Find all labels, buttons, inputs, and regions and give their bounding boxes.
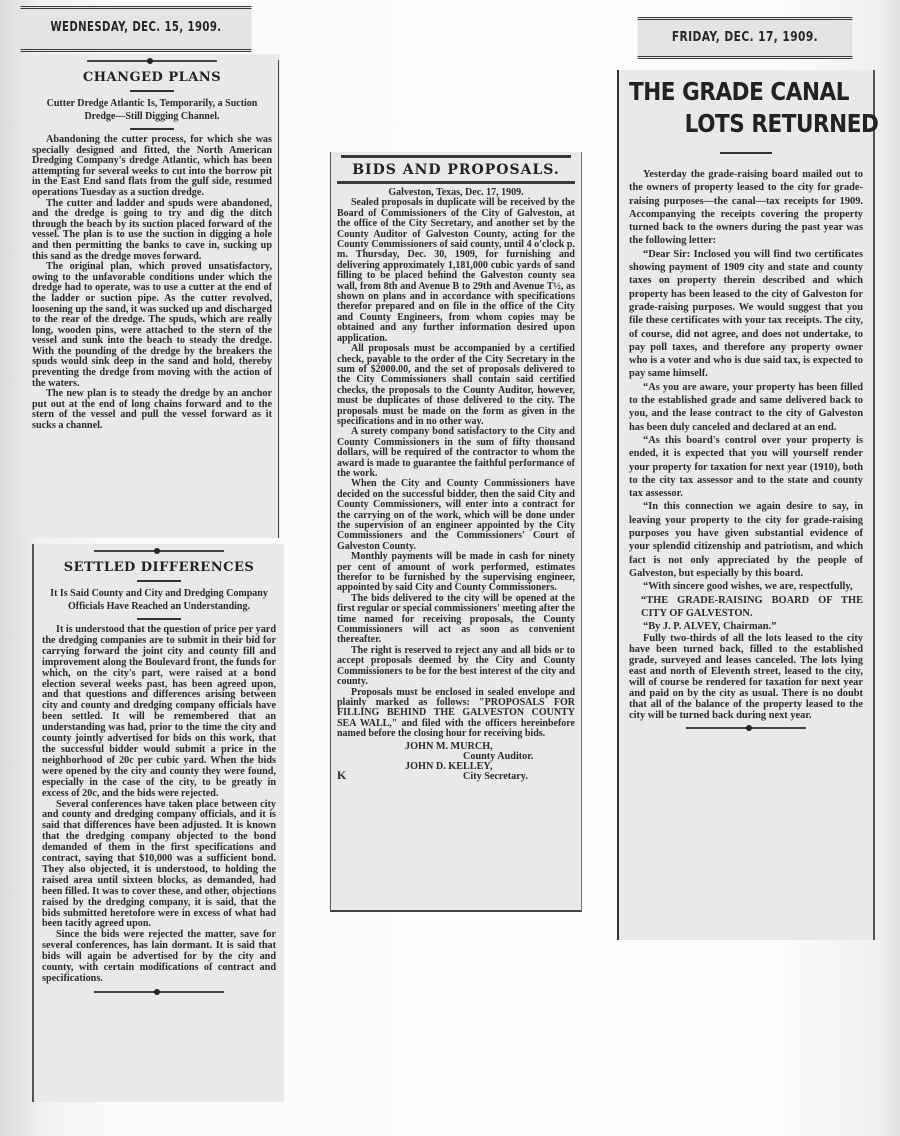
paragraph: The original plan, which proved unsatisf… xyxy=(32,262,272,389)
signer-title: City Secretary. xyxy=(463,772,528,783)
headline-line-1: THE GRADE CANAL xyxy=(629,76,878,108)
clipping-bids-and-proposals: BIDS AND PROPOSALS. Galveston, Texas, De… xyxy=(330,152,582,912)
divider xyxy=(130,90,174,92)
paragraph: It is understood that the question of pr… xyxy=(42,625,276,800)
paragraph: The new plan is to steady the dredge by … xyxy=(32,389,272,431)
paragraph: Abandoning the cutter process, for which… xyxy=(32,135,272,199)
paragraph: “By J. P. ALVEY, Chairman.” xyxy=(629,620,863,633)
notice-body: Galveston, Texas, Dec. 17, 1909. Sealed … xyxy=(337,188,575,740)
paragraph: All proposals must be accompanied by a c… xyxy=(337,344,575,427)
paragraph: Sealed proposals in duplicate will be re… xyxy=(337,198,575,344)
paragraph: The cutter and ladder and spuds were aba… xyxy=(32,199,272,263)
dateline-text: WEDNESDAY, DEC. 15, 1909. xyxy=(50,20,221,35)
clipping-settled-differences: SETTLED DIFFERENCES It Is Said County an… xyxy=(32,544,284,1102)
paragraph: When the City and County Commissioners h… xyxy=(337,479,575,552)
divider xyxy=(720,152,772,154)
paragraph: Yesterday the grade-raising board mailed… xyxy=(629,168,863,248)
clipping-changed-plans: CHANGED PLANS Cutter Dredge Atlantic Is,… xyxy=(22,54,280,538)
headline-line-2: LOTS RETURNED xyxy=(629,108,878,140)
article-body: Yesterday the grade-raising board mailed… xyxy=(629,168,863,721)
dateline-friday: FRIDAY, DEC. 17, 1909. xyxy=(638,17,853,59)
divider xyxy=(137,580,181,582)
headline: BIDS AND PROPOSALS. xyxy=(337,162,575,178)
paragraph: “With sincere good wishes, we are, respe… xyxy=(629,580,863,593)
clipping-grade-canal: THE GRADE CANAL LOTS RETURNED Yesterday … xyxy=(617,70,875,940)
paragraph: “In this connection we again desire to s… xyxy=(629,500,863,580)
paragraph: “As this board's control over your prope… xyxy=(629,434,863,500)
article-body: It is understood that the question of pr… xyxy=(42,625,276,985)
heading-rule xyxy=(337,181,575,184)
deck: Cutter Dredge Atlantic Is, Temporarily, … xyxy=(38,97,266,123)
dateline-wednesday: WEDNESDAY, DEC. 15, 1909. xyxy=(21,6,252,52)
paragraph: The right is reserved to reject any and … xyxy=(337,646,575,688)
paragraph: The bids delivered to the city will be o… xyxy=(337,594,575,646)
article-body: Abandoning the cutter process, for which… xyxy=(32,135,272,432)
deck: It Is Said County and City and Dredging … xyxy=(48,587,270,613)
paragraph: Monthly payments will be made in cash fo… xyxy=(337,552,575,594)
top-rule xyxy=(341,155,571,158)
headline: CHANGED PLANS xyxy=(32,70,272,85)
paragraph: “THE GRADE-RAISING BOARD OF THE CITY OF … xyxy=(629,594,863,621)
divider xyxy=(94,991,224,993)
headline: SETTLED DIFFERENCES xyxy=(42,560,276,575)
divider xyxy=(137,618,181,620)
paragraph: Since the bids were rejected the matter,… xyxy=(42,930,276,985)
paragraph: Several conferences have taken place bet… xyxy=(42,800,276,931)
paragraph: Fully two-thirds of all the lots leased … xyxy=(629,633,863,721)
paragraph: “Dear Sir: Inclosed you will find two ce… xyxy=(629,248,863,381)
paragraph: A surety company bond satisfactory to th… xyxy=(337,427,575,479)
signature-block: JOHN M. MURCH, County Auditor. JOHN D. K… xyxy=(337,742,575,786)
divider xyxy=(130,128,174,130)
divider xyxy=(87,60,217,62)
divider xyxy=(686,727,806,729)
dateline-text: FRIDAY, DEC. 17, 1909. xyxy=(672,30,818,45)
headline: THE GRADE CANAL LOTS RETURNED xyxy=(629,76,878,140)
printer-mark: K xyxy=(337,770,346,781)
paragraph: Proposals must be enclosed in sealed env… xyxy=(337,688,575,740)
column-rule xyxy=(278,60,279,538)
divider xyxy=(94,550,224,552)
paragraph: “As you are aware, your property has bee… xyxy=(629,381,863,434)
